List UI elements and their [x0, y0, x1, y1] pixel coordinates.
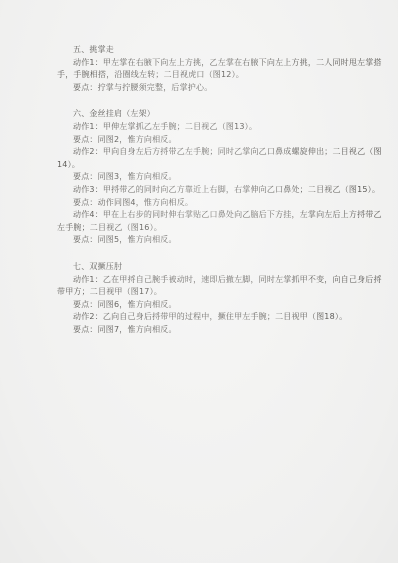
text-line: 要点：同图3，惟方向相反。: [57, 171, 353, 184]
text-line: 要点：同图7，惟方向相反。: [57, 324, 353, 337]
text-line: 手，手腕相搭，沿圈线左转；二目视虎口（图12）。: [57, 69, 353, 82]
text-line: 要点：同图2，惟方向相反。: [57, 134, 353, 147]
text-line: 左手腕；二目视乙（图16）。: [57, 222, 353, 235]
section-heading: 七、双撅压肘: [57, 261, 353, 274]
section-heading: 五、挑掌走: [57, 44, 353, 57]
section-heading: 六、金丝挂肩（左架）: [57, 108, 353, 121]
text-line: 动作1：甲左掌在右腋下向左上方挑，乙左掌在右腋下向左上方挑，二人同时甩左掌搭: [57, 57, 353, 70]
text-line: 动作1：甲伸左掌抓乙左手腕；二目视乙（图13）。: [57, 121, 353, 134]
text-line: 要点：拧掌与拧腰须完整，后掌护心。: [57, 82, 353, 95]
document-section: 七、双撅压肘动作1：乙在甲捋自己腕手被动时，速即后撤左脚，同时左掌抓甲不变，向自…: [57, 261, 353, 337]
text-line: 14）。: [57, 159, 353, 172]
text-line: 要点：动作同图4，惟方向相反。: [57, 197, 353, 210]
text-line: 动作4：甲在上右步的同时伸右掌贴乙口鼻处向乙脑后下方挂，左掌向左后上方捋带乙: [57, 209, 353, 222]
document-text: 五、挑掌走动作1：甲左掌在右腋下向左上方挑，乙左掌在右腋下向左上方挑，二人同时甩…: [57, 44, 353, 350]
document-section: 五、挑掌走动作1：甲左掌在右腋下向左上方挑，乙左掌在右腋下向左上方挑，二人同时甩…: [57, 44, 353, 94]
scanned-page: 五、挑掌走动作1：甲左掌在右腋下向左上方挑，乙左掌在右腋下向左上方挑，二人同时甩…: [0, 0, 398, 563]
document-section: 六、金丝挂肩（左架）动作1：甲伸左掌抓乙左手腕；二目视乙（图13）。要点：同图2…: [57, 108, 353, 247]
text-line: 动作2：甲向自身左后方捋带乙左手腕；同时乙掌向乙口鼻成螺旋伸出；二目视乙（图: [57, 146, 353, 159]
text-line: 动作3：甲捋带乙的同时向乙方靠近上右脚，右掌伸向乙口鼻处；二目视乙（图15）。: [57, 184, 353, 197]
text-line: 带甲方；二目视甲（图17）。: [57, 286, 353, 299]
text-line: 动作1：乙在甲捋自己腕手被动时，速即后撤左脚，同时左掌抓甲不变，向自己身后捋: [57, 274, 353, 287]
text-line: 要点：同图5，惟方向相反。: [57, 234, 353, 247]
text-line: 要点：同图6，惟方向相反。: [57, 299, 353, 312]
text-line: 动作2：乙向自己身后捋带甲的过程中，撅住甲左手腕；二目视甲（图18）。: [57, 311, 353, 324]
